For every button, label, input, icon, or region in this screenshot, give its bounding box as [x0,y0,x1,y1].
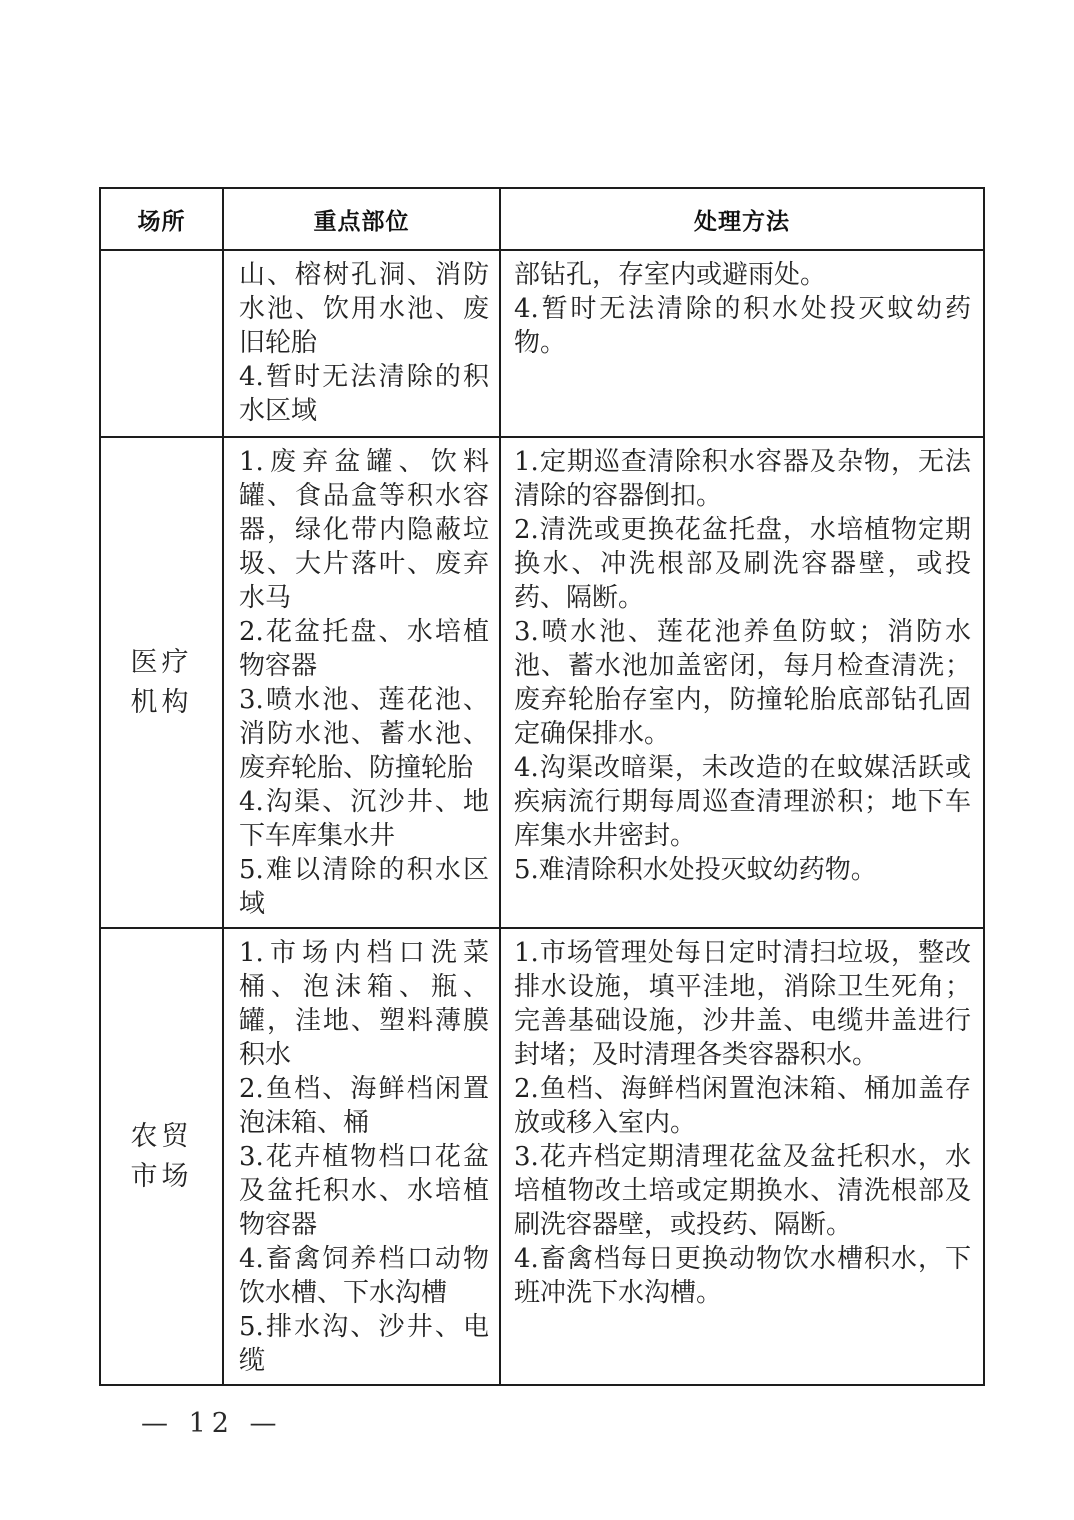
method-item: 1.定期巡查清除积水容器及杂物，无法清除的容器倒扣。 [514,445,971,513]
mosquito-control-table: 场所 重点部位 处理方法 山、榕树孔洞、消防水池、饮用水池、废旧轮胎 4.暂时无… [99,187,985,1386]
methods-cell: 1.市场管理处每日定时清扫垃圾，整改排水设施，填平洼地，消除卫生死角；完善基础设… [500,928,984,1385]
key-part-item: 3.喷水池、莲花池、消防水池、蓄水池、废弃轮胎、防撞轮胎 [239,683,489,785]
key-part-item: 2.鱼档、海鲜档闲置泡沫箱、桶 [239,1072,489,1140]
key-part-item: 3.花卉植物档口花盆及盆托积水、水培植物容器 [239,1140,489,1242]
place-cell-market: 农贸 市场 [100,928,223,1385]
key-part-item: 山、榕树孔洞、消防水池、饮用水池、废旧轮胎 [239,258,489,360]
method-item: 1.市场管理处每日定时清扫垃圾，整改排水设施，填平洼地，消除卫生死角；完善基础设… [514,936,971,1072]
key-parts-cell: 1.废弃盆罐、饮料罐、食品盒等积水容器，绿化带内隐蔽垃圾、大片落叶、废弃水马 2… [223,437,500,928]
key-part-item: 1.市场内档口洗菜桶、泡沫箱、瓶、罐，洼地、塑料薄膜积水 [239,936,489,1072]
method-item: 4.暂时无法清除的积水处投灭蚊幼药物。 [514,292,971,360]
key-part-item: 4.沟渠、沉沙井、地下车库集水井 [239,785,489,853]
method-item: 5.难清除积水处投灭蚊幼药物。 [514,853,971,887]
place-cell-medical: 医疗 机构 [100,437,223,928]
place-cell-empty [100,250,223,437]
table-header-row: 场所 重点部位 处理方法 [100,188,984,250]
key-part-item: 5.排水沟、沙井、电缆 [239,1310,489,1378]
key-part-item: 1.废弃盆罐、饮料罐、食品盒等积水容器，绿化带内隐蔽垃圾、大片落叶、废弃水马 [239,445,489,615]
page-number: — 12 — [141,1408,283,1439]
key-part-item: 4.畜禽饲养档口动物饮水槽、下水沟槽 [239,1242,489,1310]
header-methods: 处理方法 [500,188,984,250]
document-page: 场所 重点部位 处理方法 山、榕树孔洞、消防水池、饮用水池、废旧轮胎 4.暂时无… [0,0,1074,1520]
table-row-continuation: 山、榕树孔洞、消防水池、饮用水池、废旧轮胎 4.暂时无法清除的积水区域 部钻孔，… [100,250,984,437]
key-part-item: 2.花盆托盘、水培植物容器 [239,615,489,683]
table-row-farmers-market: 农贸 市场 1.市场内档口洗菜桶、泡沫箱、瓶、罐，洼地、塑料薄膜积水 2.鱼档、… [100,928,984,1385]
key-parts-cell: 山、榕树孔洞、消防水池、饮用水池、废旧轮胎 4.暂时无法清除的积水区域 [223,250,500,437]
header-place: 场所 [100,188,223,250]
header-key-parts: 重点部位 [223,188,500,250]
key-parts-cell: 1.市场内档口洗菜桶、泡沫箱、瓶、罐，洼地、塑料薄膜积水 2.鱼档、海鲜档闲置泡… [223,928,500,1385]
method-item: 3.花卉档定期清理花盆及盆托积水，水培植物改土培或定期换水、清洗根部及刷洗容器壁… [514,1140,971,1242]
key-part-item: 5.难以清除的积水区域 [239,853,489,921]
methods-cell: 部钻孔，存室内或避雨处。 4.暂时无法清除的积水处投灭蚊幼药物。 [500,250,984,437]
method-item: 4.沟渠改暗渠，未改造的在蚊媒活跃或疾病流行期每周巡查清理淤积；地下车库集水井密… [514,751,971,853]
method-item: 部钻孔，存室内或避雨处。 [514,258,971,292]
key-part-item: 4.暂时无法清除的积水区域 [239,360,489,428]
method-item: 2.清洗或更换花盆托盘，水培植物定期换水、冲洗根部及刷洗容器壁，或投药、隔断。 [514,513,971,615]
method-item: 2.鱼档、海鲜档闲置泡沫箱、桶加盖存放或移入室内。 [514,1072,971,1140]
method-item: 4.畜禽档每日更换动物饮水槽积水，下班冲洗下水沟槽。 [514,1242,971,1310]
table-row-medical-institutions: 医疗 机构 1.废弃盆罐、饮料罐、食品盒等积水容器，绿化带内隐蔽垃圾、大片落叶、… [100,437,984,928]
methods-cell: 1.定期巡查清除积水容器及杂物，无法清除的容器倒扣。 2.清洗或更换花盆托盘，水… [500,437,984,928]
method-item: 3.喷水池、莲花池养鱼防蚊；消防水池、蓄水池加盖密闭，每月检查清洗；废弃轮胎存室… [514,615,971,751]
